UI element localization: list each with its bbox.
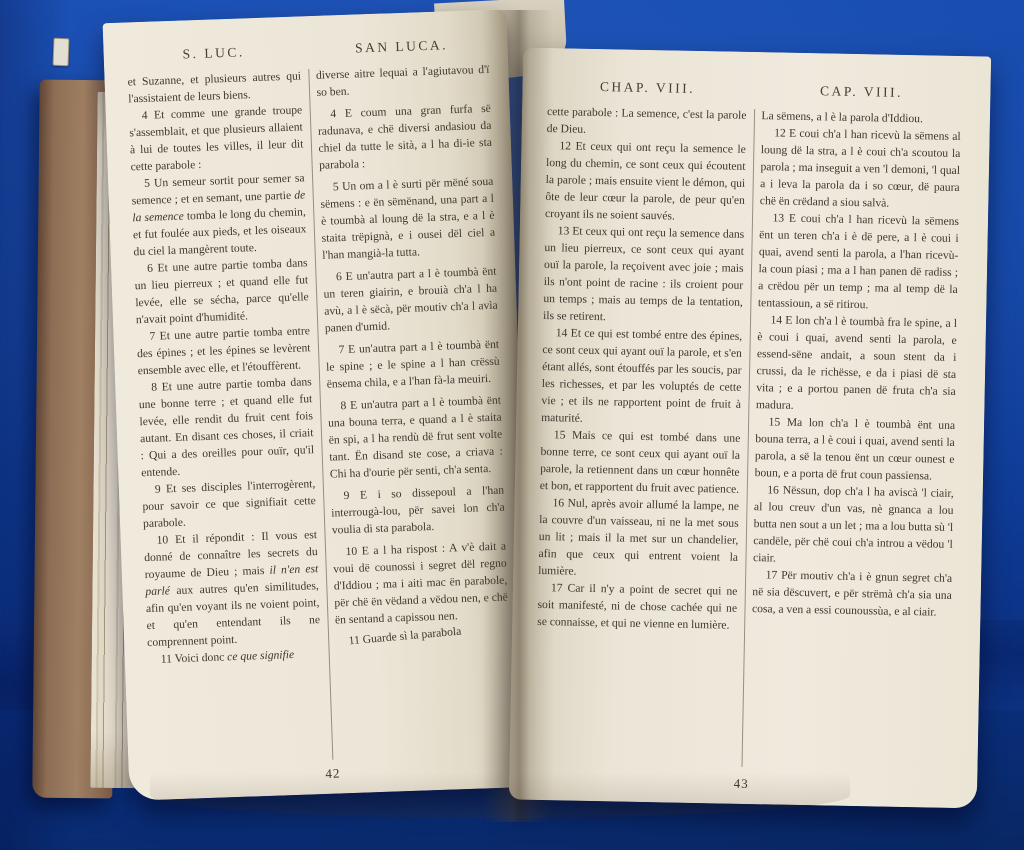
running-head-cap-viii: CAP. VIII. (754, 82, 968, 102)
verse-paragraph: 9 Et ses disciples l'interrogèrent, pour… (142, 475, 317, 532)
verse-paragraph: 16 Nëssun, dop ch'a l ha aviscà 'l ciair… (753, 481, 954, 570)
left-page-columns: et Suzanne, et plusieurs autres qui l'as… (120, 61, 520, 769)
verse-paragraph: 4 Et comme une grande troupe s'assemblai… (128, 101, 304, 175)
right-running-heads: CHAP. VIII. CAP. VIII. (540, 78, 968, 102)
left-page-french-column: et Suzanne, et plusieurs autres qui l'as… (120, 67, 332, 768)
verse-paragraph: 17 Car il n'y a point de secret qui ne s… (537, 579, 737, 634)
verse-paragraph: 10 Et il répondit : Il vous est donné de… (143, 526, 321, 651)
verse-paragraph: 17 Për moutiv ch'a i è gnun segret ch'a … (752, 566, 952, 621)
verse-paragraph: cette parabole : La semence, c'est la pa… (547, 103, 747, 141)
verse-paragraph: 15 Ma lon ch'a l è toumbà ënt una bouna … (754, 413, 955, 485)
verse-paragraph: 12 E coui ch'a l han ricevù la sëmens al… (760, 124, 961, 213)
verse-paragraph: 7 Et une autre partie tomba entre des ép… (136, 322, 311, 379)
right-page-french-column: cette parabole : La semence, c'est la pa… (527, 103, 753, 769)
right-page-columns: cette parabole : La semence, c'est la pa… (527, 103, 968, 773)
right-page-content: CHAP. VIII. CAP. VIII. cette parabole : … (509, 48, 991, 809)
verse-paragraph: diverse aitre lequai a l'agiutavou d'ï s… (316, 61, 491, 101)
verse-paragraph: 14 E lon ch'a l è toumbà fra le spine, a… (756, 311, 957, 417)
verse-paragraph: 6 Et une autre partie tomba dans un lieu… (134, 254, 310, 328)
page-number-43: 43 (527, 772, 955, 796)
verse-paragraph: 9 E i so dissepoul a l'han interrougà-lo… (330, 482, 505, 539)
verse-paragraph: 8 E un'autra part a l è toumbà ënt una b… (327, 392, 503, 483)
verse-paragraph: 14 Et ce qui est tombé entre des épines,… (541, 324, 742, 430)
running-head-s-luc: S. LUC. (119, 42, 307, 65)
verse-paragraph: 7 E un'autra part a l è toumbà ënt le sp… (325, 336, 500, 393)
verse-paragraph: 16 Nul, après avoir allumé la lampe, ne … (538, 494, 739, 583)
verse-paragraph: 8 Et une autre partie tomba dans une bon… (138, 373, 315, 481)
verse-paragraph: 5 Un om a l è surti për mëné soua sëmens… (320, 173, 496, 264)
right-page-piedmontese-column: La sëmens, a l è la parola d'Iddiou.12 E… (742, 107, 968, 773)
left-page-piedmontese-column: diverse aitre lequai a l'agiutavou d'ï s… (309, 61, 521, 762)
verse-paragraph: 4 E coum una gran furfa së radunava, e c… (317, 100, 493, 174)
running-head-san-luca: SAN LUCA. (307, 36, 495, 59)
spine-label (53, 38, 70, 67)
left-page-content: S. LUC. SAN LUCA. et Suzanne, et plusieu… (103, 9, 534, 801)
right-page: CHAP. VIII. CAP. VIII. cette parabole : … (509, 48, 991, 809)
verse-paragraph: 6 E un'autra part a l è toumbà ënt un te… (323, 263, 499, 337)
verse-paragraph: 10 E a l ha rispost : A v'è dait a voui … (332, 538, 508, 629)
left-running-heads: S. LUC. SAN LUCA. (119, 36, 495, 65)
verse-paragraph: 13 Et ceux qui ont reçu la semence dans … (543, 222, 744, 328)
verse-paragraph: 15 Mais ce qui est tombé dans une bonne … (540, 426, 741, 498)
verse-paragraph: 5 Un semeur sortit pour semer sa semence… (131, 169, 307, 260)
verse-paragraph: 13 E coui ch'a l han ricevù la sëmens ën… (758, 209, 959, 315)
left-page: S. LUC. SAN LUCA. et Suzanne, et plusieu… (103, 9, 534, 801)
verse-paragraph: 12 Et ceux qui ont reçu la semence le lo… (545, 137, 746, 226)
running-head-chap-viii: CHAP. VIII. (540, 78, 754, 98)
